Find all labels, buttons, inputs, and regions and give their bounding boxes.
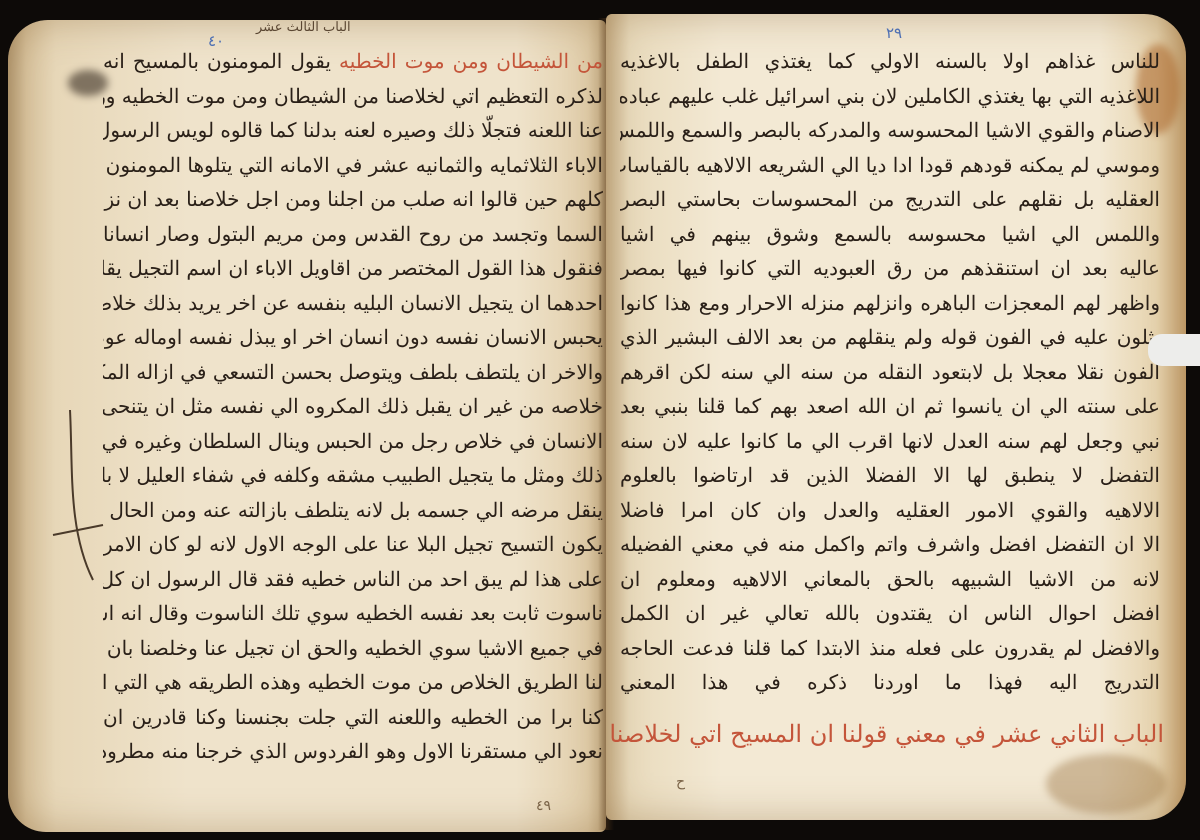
text-line: لنا الطريق الخلاص من موت الخطيه وهذه الط… bbox=[103, 665, 603, 700]
text-line: الا ان التفضل افضل واشرف واتم واكمل منه … bbox=[620, 527, 1160, 562]
folio-number-right: ٢٩ bbox=[886, 24, 902, 42]
text-line: الالاهيه والقوي الامور العقليه والعدل وا… bbox=[620, 493, 1160, 528]
text-line: يكون التسيح تجيل البلا عنا على الوجه الا… bbox=[103, 527, 603, 562]
text-line: التدريج اليه فهذا ما اوردنا ذكره في هذا … bbox=[620, 665, 1160, 700]
text-line: فنقول هذا القول المختصر من اقاويل الاباء… bbox=[103, 251, 603, 286]
text-line: نبي وجعل لهم سنه العدل لانها اقرب الي ما… bbox=[620, 424, 1160, 459]
text-line: للناس غذاهم اولا بالسنه الاولي كما يغتذي… bbox=[620, 44, 1160, 79]
text-line: في جميع الاشيا سوي الخطيه والحق ان تجيل … bbox=[103, 631, 603, 666]
text-line: يثلون عليه في الفون قوله ولم ينقلهم من ب… bbox=[620, 320, 1160, 355]
text-line: الانسان في خلاص رجل من الحبس وينال السلط… bbox=[103, 424, 603, 459]
text-line: الاصنام والقوي الاشيا المحسوسه والمدركه … bbox=[620, 113, 1160, 148]
line-text: التدريج اليه فهذا ما اوردنا ذكره في هذا … bbox=[620, 670, 1160, 694]
running-header: الباب الثالث عشر bbox=[256, 20, 351, 35]
text-line: من الشيطان ومن موت الخطيه يقول المومنون … bbox=[103, 44, 603, 79]
chapter-heading: الباب الثاني عشر في معني قولنا ان المسيح… bbox=[609, 720, 1164, 748]
open-manuscript: الباب الثالث عشر ٤٠ من الشيطان ومن موت ا… bbox=[0, 0, 1200, 840]
text-line: عنا اللعنه فتجلّا ذلك وصيره لعنه بدلنا ك… bbox=[103, 113, 603, 148]
text-line: والافضل لم يقدرون على فعله منذ الابتدا ك… bbox=[620, 631, 1160, 666]
text-line: كنا برا من الخطيه واللعنه التي جلت بجنسن… bbox=[103, 700, 603, 735]
text-line: واللمس الي اشيا محسوسه بالسمع وشوق بينهم… bbox=[620, 217, 1160, 252]
text-line: وموسي لم يمكنه قودهم قودا ادا ديا الي ال… bbox=[620, 148, 1160, 183]
ink-blot bbox=[68, 70, 108, 96]
rubric: من الشيطان ومن موت الخطيه bbox=[339, 49, 603, 73]
text-line: والاخر ان يلتطف بلطف ويتوصل بحسن التسعي … bbox=[103, 355, 603, 390]
text-line: ينقل مرضه الي جسمه بل لانه يتلطف بازالته… bbox=[103, 493, 603, 528]
text-line: الاباء الثلاثمايه والثمانيه عشر في الاما… bbox=[103, 148, 603, 183]
text-line: لذكره التعظيم اتي لخلاصنا من الشيطان ومن… bbox=[103, 79, 603, 114]
text-line: واظهر لهم المعجزات الباهره وانزلهم منزله… bbox=[620, 286, 1160, 321]
text-line: ناسوت ثابت بعد نفسه الخطيه سوي تلك الناس… bbox=[103, 596, 603, 631]
page-marker-tab bbox=[1148, 334, 1200, 366]
text-line: يحبس الانسان نفسه دون انسان اخر او يبذل … bbox=[103, 320, 603, 355]
margin-scribble bbox=[48, 410, 108, 590]
text-line: على سنته الي ان يانسوا ثم ان الله اصعد ب… bbox=[620, 389, 1160, 424]
text-line: احدهما ان يتجيل الانسان البليه بنفسه عن … bbox=[103, 286, 603, 321]
text-line: السما وتجسد من روح القدس ومن مريم البتول… bbox=[103, 217, 603, 252]
right-page: ٢٩ للناس غذاهم اولا بالسنه الاولي كما يغ… bbox=[606, 14, 1186, 820]
line-text: يقول المومنون بالمسيح انه bbox=[103, 49, 339, 73]
text-line: اللاغذيه التي بها يغتذي الكاملين لان بني… bbox=[620, 79, 1160, 114]
left-page: الباب الثالث عشر ٤٠ من الشيطان ومن موت ا… bbox=[8, 20, 606, 832]
text-line: التفضل لا ينطبق لها الا الفضلا الذين قد … bbox=[620, 458, 1160, 493]
right-page-text: للناس غذاهم اولا بالسنه الاولي كما يغتذي… bbox=[620, 44, 1160, 700]
text-line: عاليه بعد ان استنقذهم من رق العبوديه الت… bbox=[620, 251, 1160, 286]
text-line: كلهم حين قالوا انه صلب من اجلنا ومن اجل … bbox=[103, 182, 603, 217]
left-page-text: من الشيطان ومن موت الخطيه يقول المومنون … bbox=[103, 44, 603, 769]
text-line: العقليه بل نقلهم على التدريج من المحسوسا… bbox=[620, 182, 1160, 217]
text-line: على هذا لم يبق احد من الناس خطيه فقد قال… bbox=[103, 562, 603, 597]
text-line: لانه من الاشيا الشبيهه بالحق بالمعاني ال… bbox=[620, 562, 1160, 597]
water-stain bbox=[1046, 754, 1166, 814]
text-line: الفون نقلا معجلا بل لابتعود النقله من سن… bbox=[620, 355, 1160, 390]
text-line: افضل احوال الناس ان يقتدون بالله تعالي غ… bbox=[620, 596, 1160, 631]
catchword-left: ٤٩ bbox=[536, 798, 551, 814]
text-line: خلاصه من غير ان يقبل ذلك المكروه الي نفس… bbox=[103, 389, 603, 424]
text-line: نعود الي مستقرنا الاول وهو الفردوس الذي … bbox=[103, 734, 603, 769]
text-line: ذلك ومثل ما يتجيل الطبيب مشقه وكلفه في ش… bbox=[103, 458, 603, 493]
catchword-right: ح bbox=[676, 774, 685, 790]
